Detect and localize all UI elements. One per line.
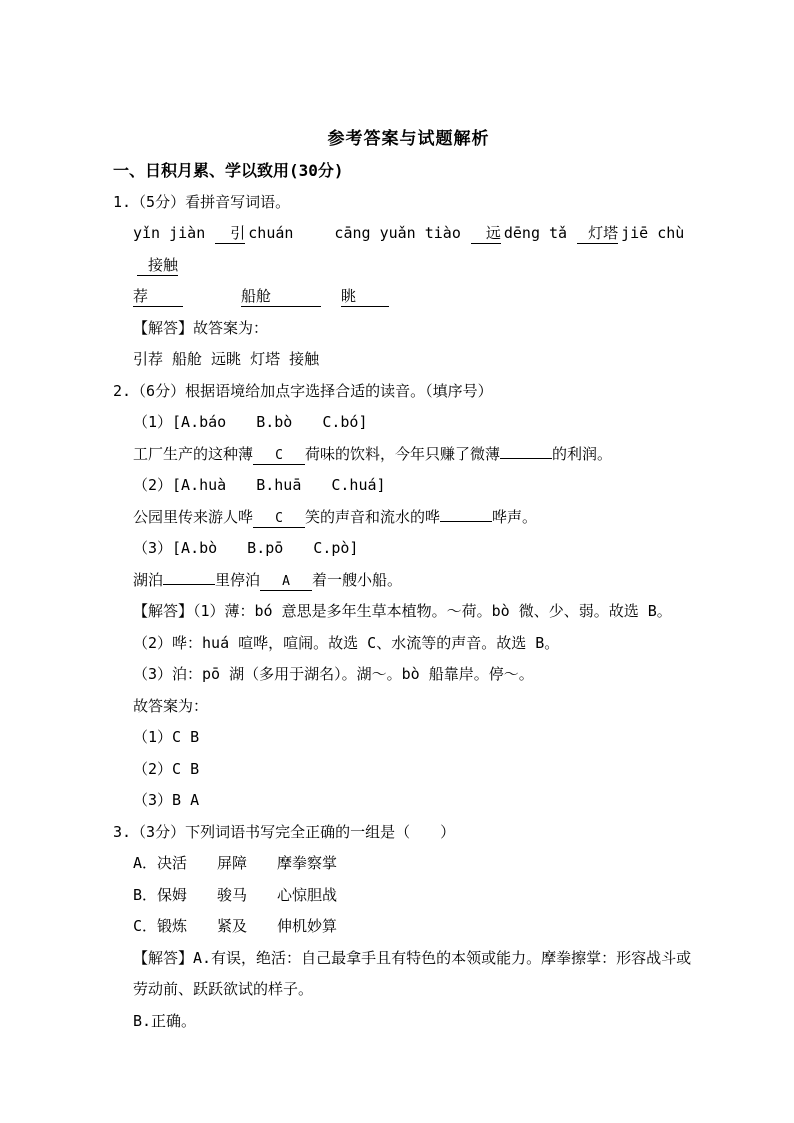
q2-group2-options: （2）[A.huà B.huā C.huá] [113, 470, 704, 502]
q2-stem: 2.（6分）根据语境给加点字选择合适的读音。（填序号） [113, 376, 704, 408]
sentence-text: 的利润。 [552, 445, 612, 463]
exam-answer-page: 参考答案与试题解析 一、日积月累、学以致用(30分) 1.（5分）看拼音写词语。… [0, 0, 794, 1123]
q2-explanation-2: （2）哗：huá 喧哗，喧闹。故选 C、水流等的声音。故选 B。 [113, 628, 704, 660]
sentence-text: 笑的声音和流水的哗 [305, 508, 440, 526]
sentence-text: 着一艘小船。 [312, 571, 402, 589]
answer-underline: 船舱 [241, 287, 321, 307]
answer-blank [500, 441, 552, 459]
sentence-text: 荷味的饮料，今年只赚了微薄 [305, 445, 500, 463]
q1-pinyin-row-2: 荐船舱眺 [113, 281, 704, 313]
sentence-text: 工厂生产的这种薄 [133, 445, 253, 463]
answer-underline: 接触 [137, 256, 178, 276]
q2-answer-3: （3）B A [113, 785, 704, 817]
answer-underline: 引 [215, 224, 245, 244]
q1-answer-line: 引荐 船舱 远眺 灯塔 接触 [113, 344, 704, 376]
sentence-text: 湖泊 [133, 571, 163, 589]
sentence-text: 哗声。 [492, 508, 537, 526]
q2-explanation-3: （3）泊：pō 湖（多用于湖名）。湖～。bò 船靠岸。停～。 [113, 659, 704, 691]
q2-sentence-2: 公园里传来游人哗C笑的声音和流水的哗哗声。 [113, 502, 704, 534]
q2-answer-1: （1）C B [113, 722, 704, 754]
q3-explanation-2: B.正确。 [113, 1006, 704, 1038]
answer-blank [163, 567, 215, 585]
q2-group1-options: （1）[A.báo B.bò C.bó] [113, 407, 704, 439]
q2-conclusion: 故答案为： [113, 691, 704, 723]
q2-group3-options: （3）[A.bò B.pō C.pò] [113, 533, 704, 565]
q3-option-a: A．决活 屏障 摩拳察掌 [113, 848, 704, 880]
q1-stem: 1.（5分）看拼音写词语。 [113, 187, 704, 219]
q3-explanation-1: 【解答】A.有误，绝活：自己最拿手且有特色的本领或能力。摩拳擦掌：形容战斗或劳动… [113, 943, 703, 1006]
answer-underline: 灯塔 [577, 224, 618, 244]
pinyin-word: dēng tǎ [504, 224, 567, 242]
answer-blank [440, 504, 492, 522]
answer-blank: C [253, 447, 305, 465]
q3-option-c: C．锻炼 紧及 伸机妙算 [113, 911, 704, 943]
pinyin-word: jiē chù [621, 224, 684, 242]
sentence-text: 公园里传来游人哗 [133, 508, 253, 526]
answer-blank: A [260, 573, 312, 591]
section-heading: 一、日积月累、学以致用(30分) [113, 155, 704, 187]
answer-underline: 荐 [133, 287, 183, 307]
answer-blank: C [253, 510, 305, 528]
q3-option-b: B．保姆 骏马 心惊胆战 [113, 880, 704, 912]
q2-answer-2: （2）C B [113, 754, 704, 786]
answer-underline: 远 [471, 224, 501, 244]
q3-stem: 3.（3分）下列词语书写完全正确的一组是（ ） [113, 817, 704, 849]
page-title: 参考答案与试题解析 [113, 124, 704, 155]
pinyin-word: yǐn jiàn [133, 224, 205, 242]
q1-jieda: 【解答】故答案为： [113, 313, 704, 345]
q2-explanation-1: 【解答】（1）薄：bó 意思是多年生草本植物。～荷。bò 微、少、弱。故选 B。 [113, 596, 704, 628]
q2-sentence-1: 工厂生产的这种薄C荷味的饮料，今年只赚了微薄的利润。 [113, 439, 704, 471]
pinyin-word: cāng yuǎn tiào [334, 224, 460, 242]
pinyin-word: chuán [248, 224, 293, 242]
q1-pinyin-row-1: yǐn jiàn引chuáncāng yuǎn tiào远dēng tǎ灯塔ji… [113, 218, 704, 281]
sentence-text: 里停泊 [215, 571, 260, 589]
answer-underline: 眺 [341, 287, 389, 307]
q2-sentence-3: 湖泊里停泊A着一艘小船。 [113, 565, 704, 597]
